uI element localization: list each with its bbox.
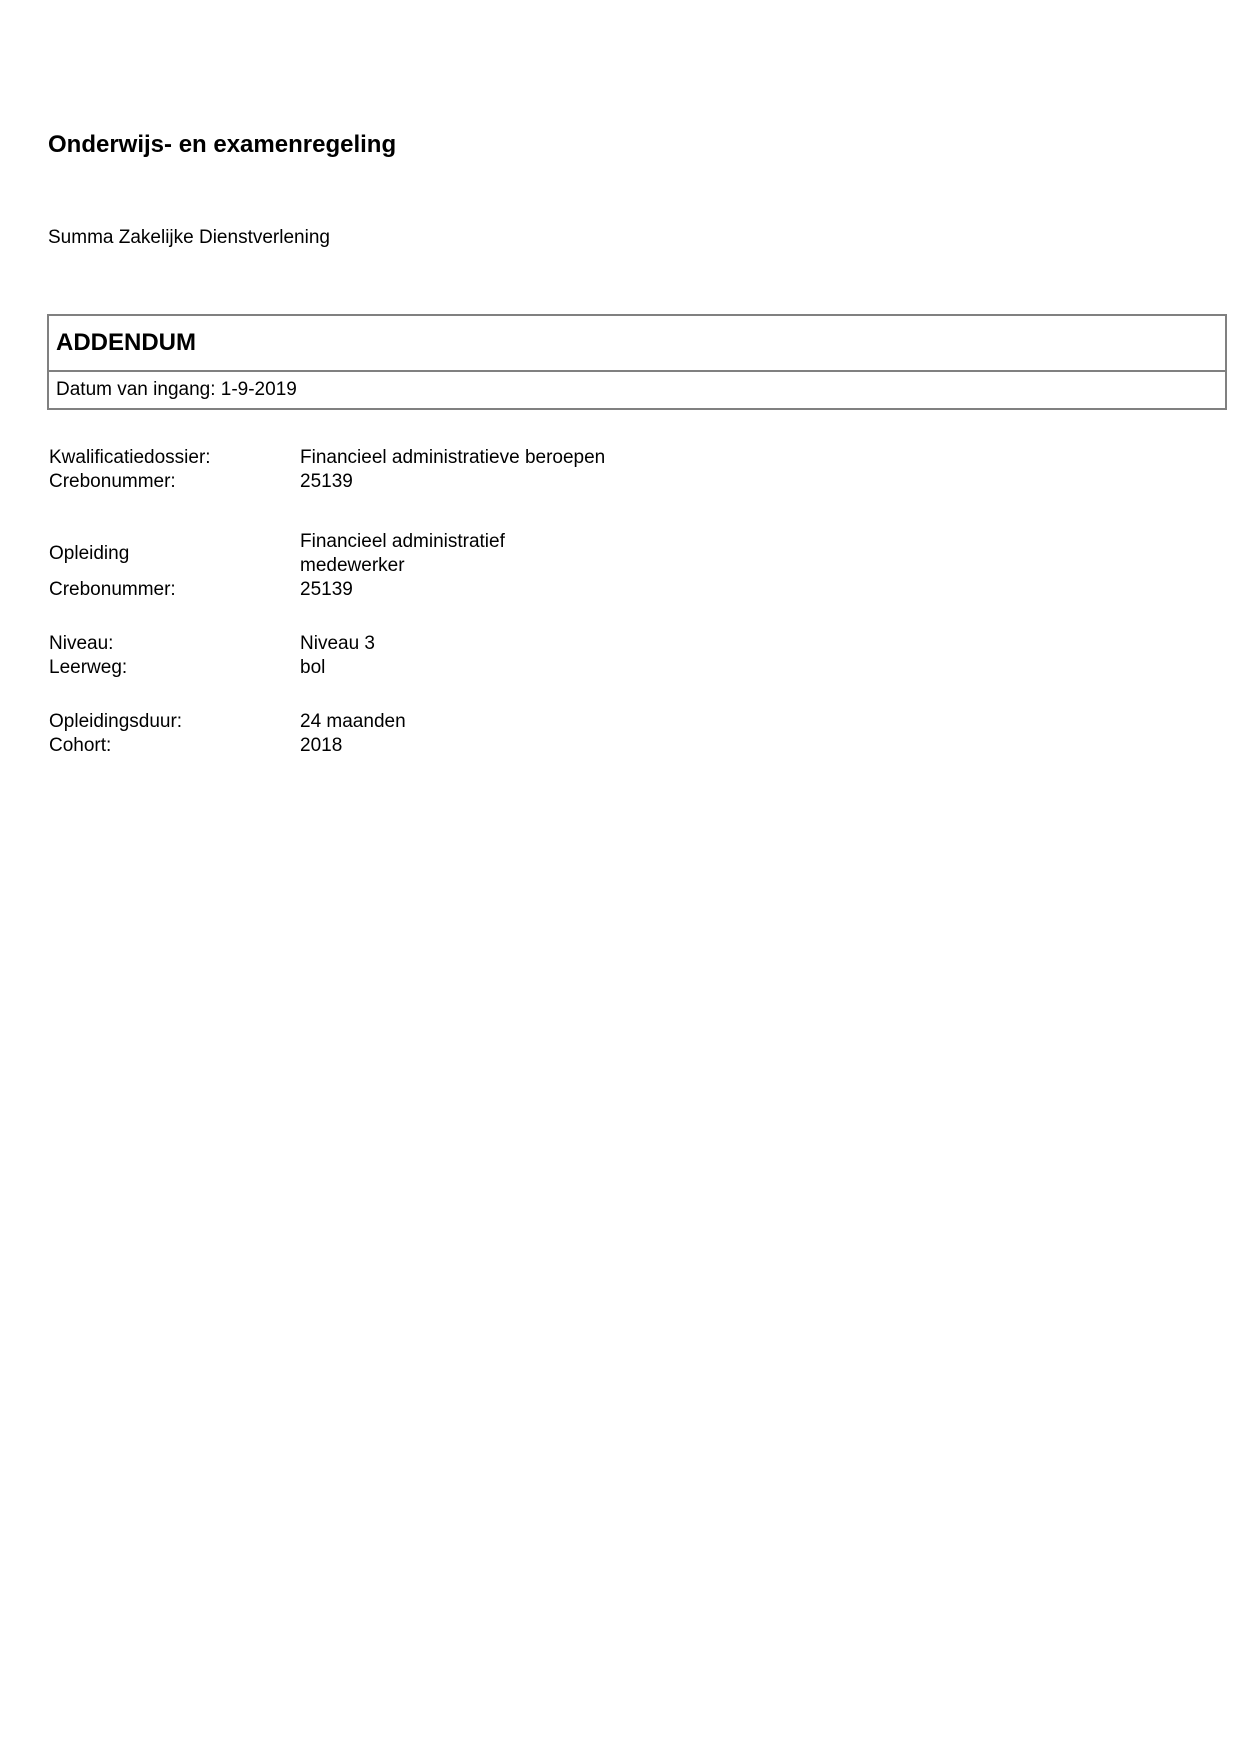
programme-info: Kwalificatiedossier: Financieel administ… bbox=[49, 446, 700, 758]
addendum-header: ADDENDUM bbox=[49, 316, 1225, 372]
cohort-label: Cohort: bbox=[49, 734, 300, 758]
info-row-cohort: Cohort: 2018 bbox=[49, 734, 700, 758]
opleiding-group: Opleiding Financieel administratief mede… bbox=[49, 530, 700, 602]
crebonummer-dossier-value: 25139 bbox=[300, 470, 570, 494]
kwalificatiedossier-label: Kwalificatiedossier: bbox=[49, 446, 300, 470]
info-row-crebonummer-opleiding: Crebonummer: 25139 bbox=[49, 578, 700, 602]
info-row-kwalificatiedossier: Kwalificatiedossier: Financieel administ… bbox=[49, 446, 700, 470]
opleiding-label: Opleiding bbox=[49, 530, 300, 578]
kwalificatiedossier-value: Financieel administratieve beroepen bbox=[300, 446, 700, 470]
addendum-box: ADDENDUM Datum van ingang: 1-9-2019 bbox=[47, 314, 1227, 410]
crebonummer-opleiding-value: 25139 bbox=[300, 578, 570, 602]
addendum-effective-date: Datum van ingang: 1-9-2019 bbox=[49, 372, 1225, 408]
crebonummer-dossier-label: Crebonummer: bbox=[49, 470, 300, 494]
info-row-leerweg: Leerweg: bol bbox=[49, 656, 700, 680]
crebonummer-opleiding-label: Crebonummer: bbox=[49, 578, 300, 602]
niveau-value: Niveau 3 bbox=[300, 632, 570, 656]
addendum-heading: ADDENDUM bbox=[56, 329, 196, 357]
level-group: Niveau: Niveau 3 Leerweg: bol bbox=[49, 632, 700, 680]
info-row-crebonummer-dossier: Crebonummer: 25139 bbox=[49, 470, 700, 494]
organization-name: Summa Zakelijke Dienstverlening bbox=[48, 226, 330, 250]
opleidingsduur-value: 24 maanden bbox=[300, 710, 570, 734]
info-row-opleidingsduur: Opleidingsduur: 24 maanden bbox=[49, 710, 700, 734]
qualification-group: Kwalificatiedossier: Financieel administ… bbox=[49, 446, 700, 494]
document-title: Onderwijs- en examenregeling bbox=[48, 130, 396, 160]
info-row-niveau: Niveau: Niveau 3 bbox=[49, 632, 700, 656]
opleidingsduur-label: Opleidingsduur: bbox=[49, 710, 300, 734]
info-row-opleiding: Opleiding Financieel administratief mede… bbox=[49, 530, 700, 578]
duration-group: Opleidingsduur: 24 maanden Cohort: 2018 bbox=[49, 710, 700, 758]
leerweg-value: bol bbox=[300, 656, 570, 680]
cohort-value: 2018 bbox=[300, 734, 570, 758]
niveau-label: Niveau: bbox=[49, 632, 300, 656]
leerweg-label: Leerweg: bbox=[49, 656, 300, 680]
opleiding-value: Financieel administratief medewerker bbox=[300, 530, 530, 578]
